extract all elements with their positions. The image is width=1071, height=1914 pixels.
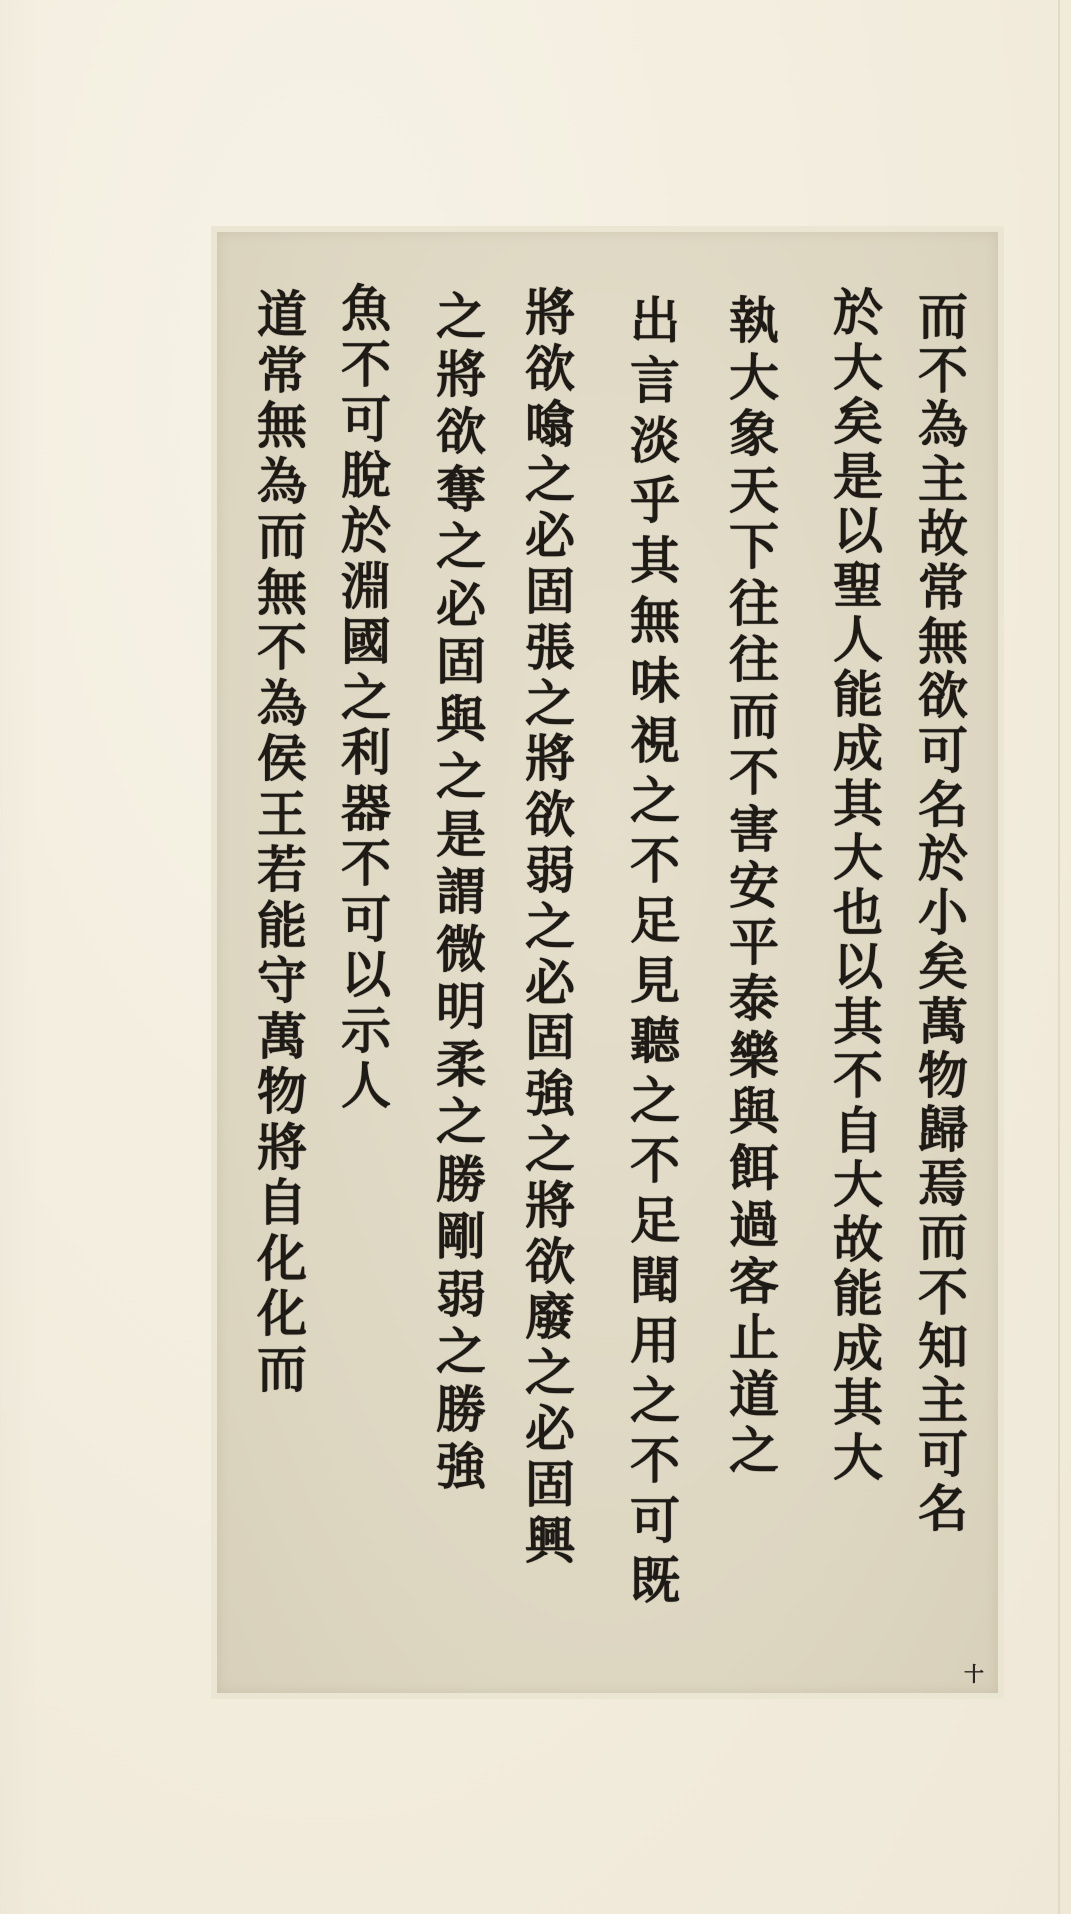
calligraphy-character: 客 — [714, 1257, 794, 1307]
calligraphy-character: 欲 — [510, 344, 590, 394]
calligraphy-character: 張 — [510, 623, 590, 673]
calligraphy-character: 將 — [510, 288, 590, 338]
calligraphy-character: 聽 — [615, 1016, 695, 1066]
calligraphy-character: 大 — [818, 343, 898, 393]
calligraphy-character: 故 — [818, 1215, 898, 1265]
calligraphy-character: 名 — [903, 1484, 983, 1534]
calligraphy-character: 而 — [903, 1213, 983, 1263]
calligraphy-character: 其 — [615, 536, 695, 586]
calligraphy-character: 是 — [421, 810, 501, 860]
calligraphy-character: 不 — [615, 1436, 695, 1486]
calligraphy-character: 乎 — [615, 476, 695, 526]
calligraphy-character: 見 — [615, 956, 695, 1006]
calligraphy-character: 剛 — [421, 1212, 501, 1262]
calligraphy-character: 於 — [326, 506, 406, 556]
calligraphy-character: 淡 — [615, 416, 695, 466]
calligraphy-character: 聞 — [615, 1256, 695, 1306]
calligraphy-character: 其 — [818, 997, 898, 1047]
calligraphy-character: 將 — [421, 350, 501, 400]
calligraphy-character: 名 — [903, 780, 983, 830]
calligraphy-paper: 而不為主故常無欲可名於小矣萬物歸焉而不知主可名於大矣是以聖人能成其大也以其不自大… — [217, 232, 998, 1693]
calligraphy-character: 不 — [615, 1136, 695, 1186]
calligraphy-character: 人 — [326, 1061, 406, 1111]
calligraphy-character: 可 — [903, 726, 983, 776]
calligraphy-character: 固 — [421, 637, 501, 687]
calligraphy-character: 將 — [510, 1181, 590, 1231]
calligraphy-character: 不 — [714, 748, 794, 798]
calligraphy-character: 可 — [903, 1430, 983, 1480]
calligraphy-character: 之 — [421, 752, 501, 802]
calligraphy-character: 必 — [421, 580, 501, 630]
calligraphy-character: 於 — [903, 834, 983, 884]
calligraphy-character: 執 — [714, 296, 794, 346]
calligraphy-character: 安 — [714, 861, 794, 911]
calligraphy-character: 而 — [714, 692, 794, 742]
calligraphy-character: 常 — [242, 346, 322, 396]
calligraphy-character: 之 — [510, 1348, 590, 1398]
calligraphy-character: 必 — [510, 958, 590, 1008]
calligraphy-character: 故 — [903, 509, 983, 559]
calligraphy-character: 弱 — [510, 846, 590, 896]
calligraphy-character: 出 — [615, 296, 695, 346]
calligraphy-character: 將 — [510, 734, 590, 784]
calligraphy-character: 化 — [242, 1289, 322, 1339]
calligraphy-character: 固 — [510, 567, 590, 617]
calligraphy-character: 脫 — [326, 451, 406, 501]
calligraphy-character: 之 — [421, 1097, 501, 1147]
calligraphy-character: 其 — [818, 779, 898, 829]
calligraphy-character: 小 — [903, 888, 983, 938]
calligraphy-character: 與 — [714, 1087, 794, 1137]
calligraphy-character: 大 — [714, 353, 794, 403]
calligraphy-character: 於 — [818, 288, 898, 338]
calligraphy-character: 餌 — [714, 1144, 794, 1194]
calligraphy-character: 之 — [421, 522, 501, 572]
calligraphy-character: 可 — [326, 395, 406, 445]
calligraphy-character: 王 — [242, 790, 322, 840]
calligraphy-character: 平 — [714, 918, 794, 968]
calligraphy-character: 噏 — [510, 400, 590, 450]
calligraphy-character: 明 — [421, 982, 501, 1032]
calligraphy-character: 器 — [326, 784, 406, 834]
calligraphy-character: 無 — [242, 568, 322, 618]
calligraphy-character: 強 — [510, 1069, 590, 1119]
calligraphy-character: 害 — [714, 805, 794, 855]
calligraphy-character: 焉 — [903, 1159, 983, 1209]
calligraphy-character: 道 — [242, 290, 322, 340]
calligraphy-character: 之 — [615, 776, 695, 826]
calligraphy-character: 奪 — [421, 465, 501, 515]
calligraphy-character: 為 — [242, 457, 322, 507]
calligraphy-character: 用 — [615, 1316, 695, 1366]
calligraphy-character: 為 — [242, 679, 322, 729]
calligraphy-character: 示 — [326, 1006, 406, 1056]
calligraphy-character: 能 — [818, 670, 898, 720]
calligraphy-character: 可 — [615, 1496, 695, 1546]
calligraphy-character: 常 — [903, 563, 983, 613]
calligraphy-character: 之 — [510, 1125, 590, 1175]
calligraphy-character: 為 — [903, 400, 983, 450]
calligraphy-character: 廢 — [510, 1292, 590, 1342]
calligraphy-character: 強 — [421, 1442, 501, 1492]
calligraphy-character: 矣 — [903, 942, 983, 992]
calligraphy-character: 微 — [421, 925, 501, 975]
calligraphy-character: 謂 — [421, 867, 501, 917]
calligraphy-character: 守 — [242, 956, 322, 1006]
calligraphy-character: 大 — [818, 833, 898, 883]
calligraphy-character: 固 — [510, 1460, 590, 1510]
calligraphy-character: 將 — [242, 1123, 322, 1173]
calligraphy-character: 止 — [714, 1313, 794, 1363]
calligraphy-character: 興 — [510, 1516, 590, 1566]
calligraphy-character: 足 — [615, 1196, 695, 1246]
calligraphy-character: 以 — [818, 942, 898, 992]
calligraphy-character: 物 — [242, 1067, 322, 1117]
calligraphy-character: 欲 — [903, 671, 983, 721]
calligraphy-character: 可 — [326, 895, 406, 945]
calligraphy-character: 視 — [615, 716, 695, 766]
calligraphy-character: 不 — [615, 836, 695, 886]
calligraphy-character: 人 — [818, 615, 898, 665]
calligraphy-character: 弱 — [421, 1270, 501, 1320]
calligraphy-character: 利 — [326, 728, 406, 778]
calligraphy-character: 知 — [903, 1322, 983, 1372]
calligraphy-character: 主 — [903, 1376, 983, 1426]
calligraphy-character: 下 — [714, 522, 794, 572]
calligraphy-character: 無 — [615, 596, 695, 646]
calligraphy-character: 道 — [714, 1370, 794, 1420]
calligraphy-character: 成 — [818, 1324, 898, 1374]
calligraphy-character: 不 — [326, 340, 406, 390]
calligraphy-character: 以 — [818, 506, 898, 556]
calligraphy-character: 象 — [714, 409, 794, 459]
calligraphy-character: 不 — [818, 1051, 898, 1101]
calligraphy-character: 歸 — [903, 1105, 983, 1155]
calligraphy-character: 必 — [510, 511, 590, 561]
calligraphy-character: 之 — [326, 673, 406, 723]
calligraphy-character: 淵 — [326, 562, 406, 612]
calligraphy-character: 侯 — [242, 734, 322, 784]
calligraphy-character: 過 — [714, 1200, 794, 1250]
calligraphy-character: 能 — [242, 901, 322, 951]
calligraphy-character: 之 — [714, 1426, 794, 1476]
calligraphy-character: 不 — [242, 623, 322, 673]
calligraphy-character: 不 — [326, 839, 406, 889]
calligraphy-character: 樂 — [714, 1031, 794, 1081]
calligraphy-character: 自 — [818, 1106, 898, 1156]
calligraphy-character: 與 — [421, 695, 501, 745]
calligraphy-character: 成 — [818, 724, 898, 774]
calligraphy-character: 而 — [242, 1345, 322, 1395]
calligraphy-character: 自 — [242, 1178, 322, 1228]
calligraphy-character: 固 — [510, 1013, 590, 1063]
calligraphy-character: 泰 — [714, 974, 794, 1024]
page-number: 十 — [964, 1658, 984, 1687]
calligraphy-character: 之 — [510, 455, 590, 505]
calligraphy-character: 言 — [615, 356, 695, 406]
calligraphy-character: 欲 — [421, 407, 501, 457]
calligraphy-character: 勝 — [421, 1155, 501, 1205]
calligraphy-character: 也 — [818, 888, 898, 938]
calligraphy-character: 大 — [818, 1160, 898, 1210]
calligraphy-character: 勝 — [421, 1385, 501, 1435]
calligraphy-character: 其 — [818, 1378, 898, 1428]
calligraphy-character: 聖 — [818, 561, 898, 611]
calligraphy-character: 無 — [242, 401, 322, 451]
calligraphy-character: 化 — [242, 1234, 322, 1284]
calligraphy-character: 大 — [818, 1433, 898, 1483]
calligraphy-character: 足 — [615, 896, 695, 946]
calligraphy-character: 以 — [326, 950, 406, 1000]
calligraphy-character: 矣 — [818, 397, 898, 447]
calligraphy-character: 必 — [510, 1404, 590, 1454]
calligraphy-character: 往 — [714, 579, 794, 629]
calligraphy-character: 無 — [903, 617, 983, 667]
calligraphy-character: 之 — [510, 679, 590, 729]
calligraphy-character: 能 — [818, 1269, 898, 1319]
calligraphy-character: 主 — [903, 455, 983, 505]
calligraphy-character: 萬 — [242, 1012, 322, 1062]
calligraphy-character: 是 — [818, 452, 898, 502]
calligraphy-character: 不 — [903, 1268, 983, 1318]
calligraphy-character: 之 — [421, 292, 501, 342]
calligraphy-character: 往 — [714, 635, 794, 685]
calligraphy-character: 之 — [615, 1076, 695, 1126]
calligraphy-character: 柔 — [421, 1040, 501, 1090]
calligraphy-character: 國 — [326, 617, 406, 667]
calligraphy-character: 物 — [903, 1051, 983, 1101]
calligraphy-character: 之 — [421, 1327, 501, 1377]
calligraphy-character: 欲 — [510, 790, 590, 840]
calligraphy-character: 既 — [615, 1556, 695, 1606]
calligraphy-character: 天 — [714, 466, 794, 516]
calligraphy-character: 而 — [242, 512, 322, 562]
mount-edge-line — [1058, 0, 1060, 1914]
calligraphy-character: 之 — [615, 1376, 695, 1426]
calligraphy-character: 欲 — [510, 1237, 590, 1287]
calligraphy-character: 之 — [510, 902, 590, 952]
calligraphy-character: 若 — [242, 845, 322, 895]
calligraphy-character: 不 — [903, 346, 983, 396]
calligraphy-character: 味 — [615, 656, 695, 706]
calligraphy-character: 萬 — [903, 997, 983, 1047]
calligraphy-character: 魚 — [326, 284, 406, 334]
calligraphy-character: 而 — [903, 292, 983, 342]
